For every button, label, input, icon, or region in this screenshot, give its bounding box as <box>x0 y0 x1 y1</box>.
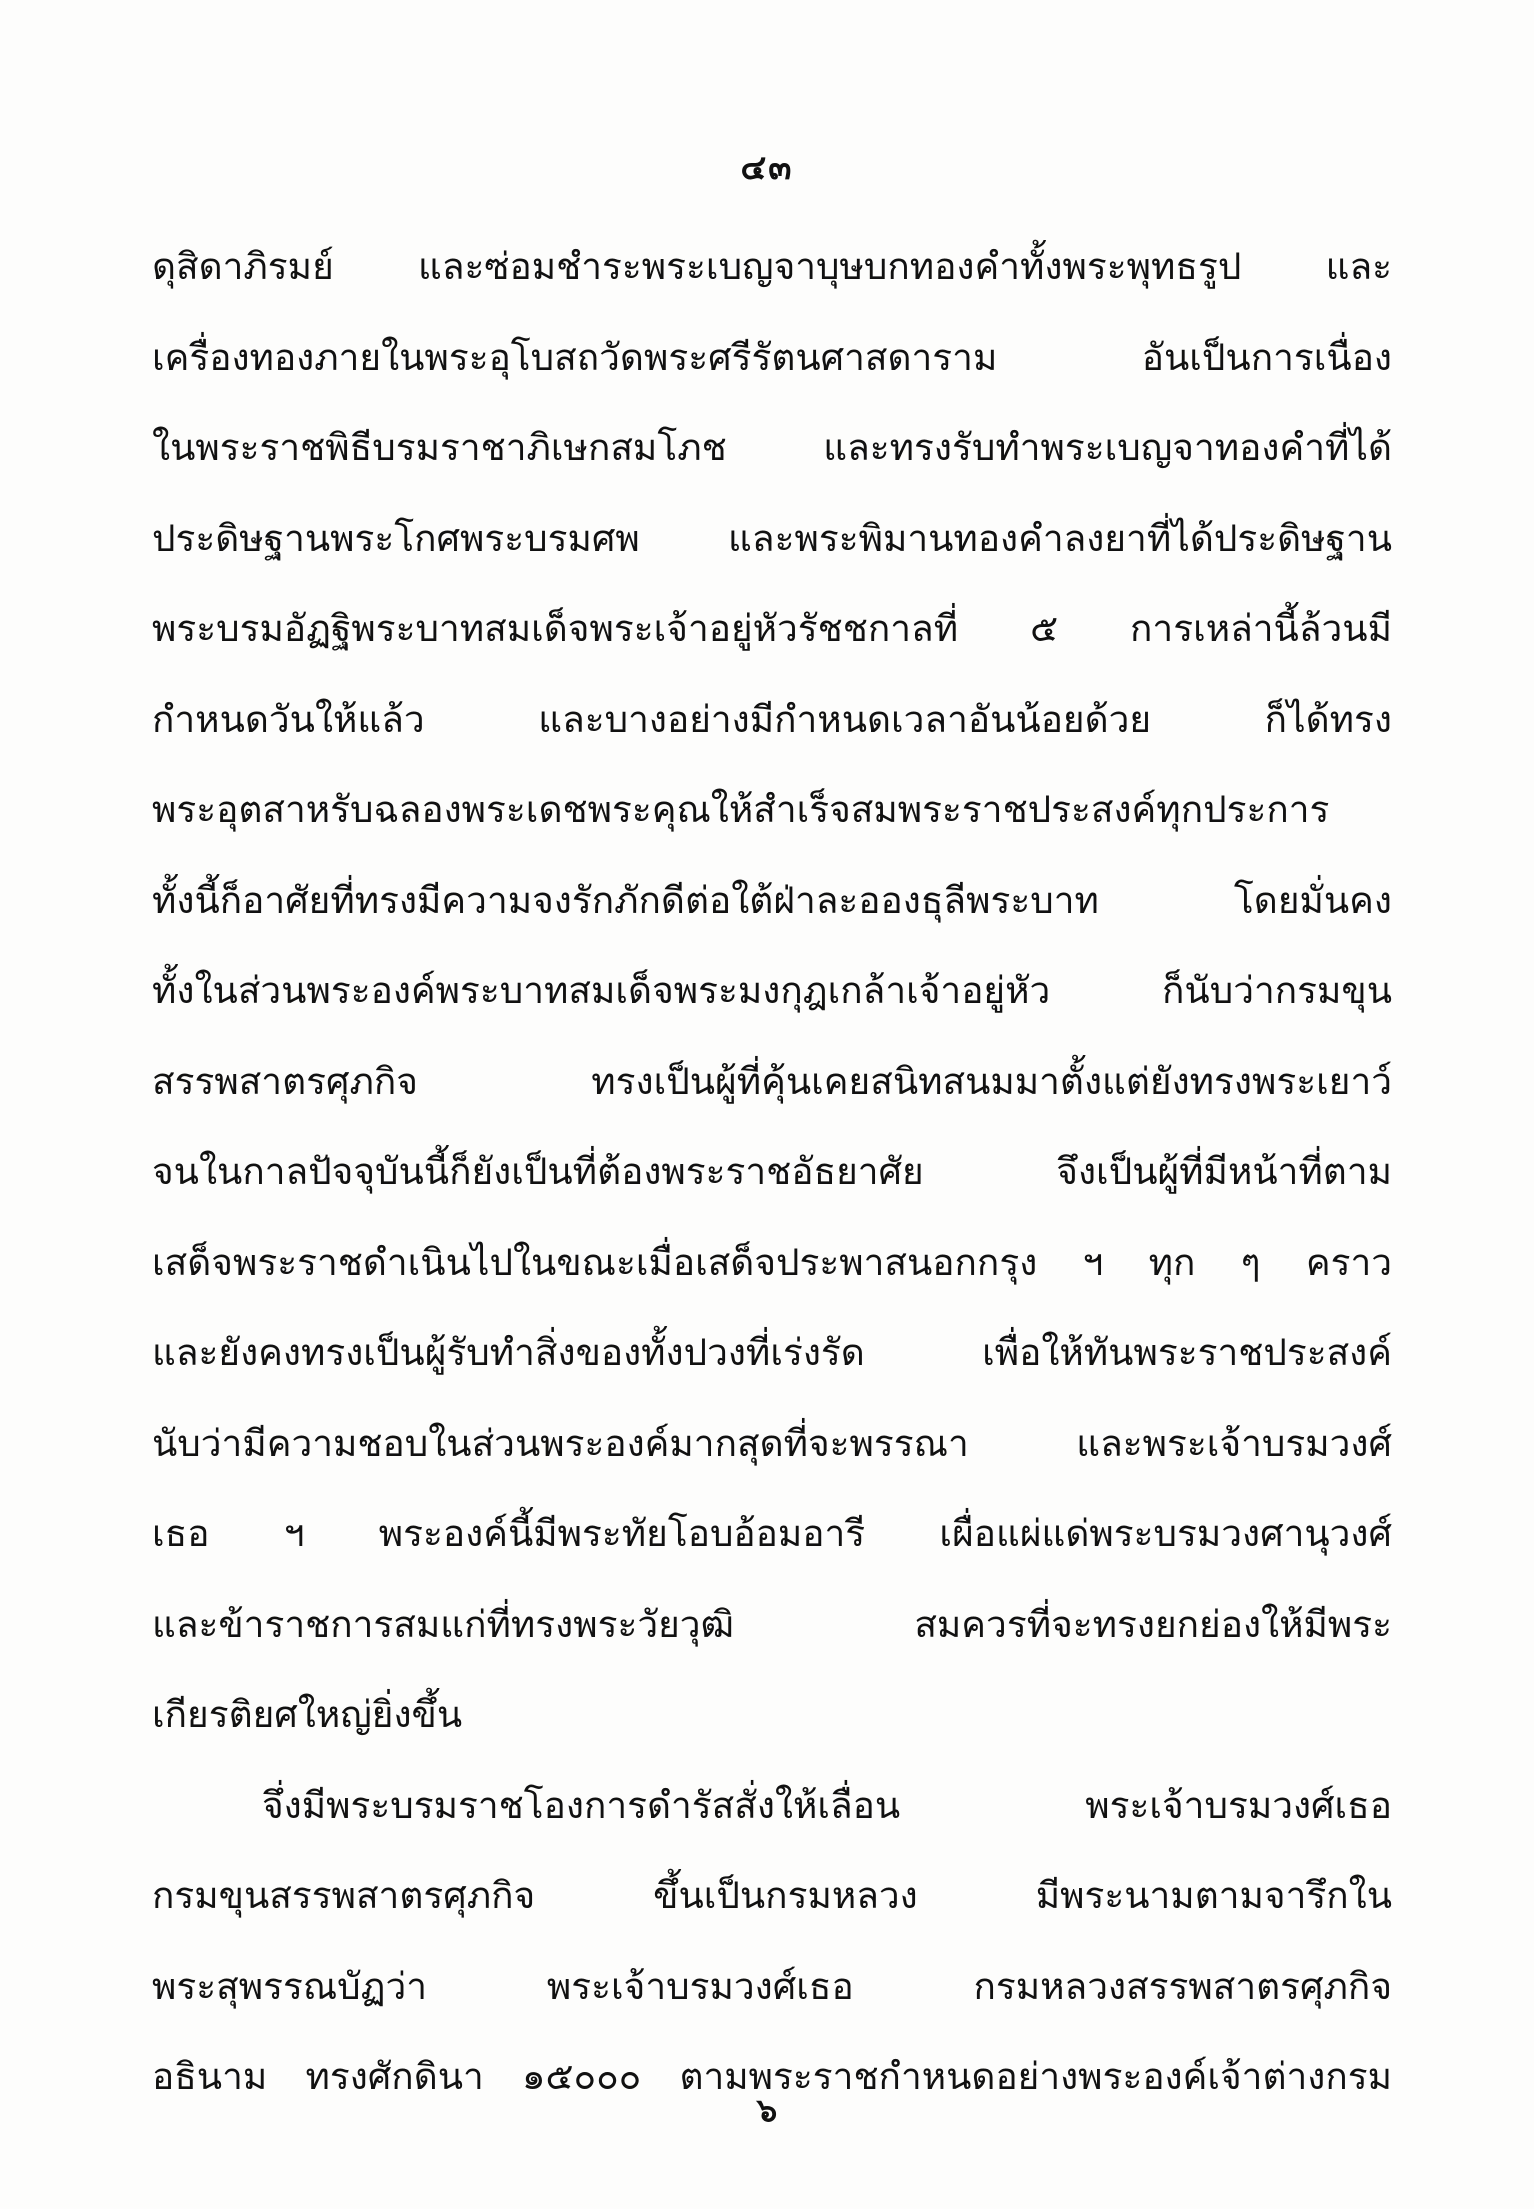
text-line: ในพระราชพิธีบรมราชาภิเษกสมโภช และทรงรับท… <box>152 403 1392 494</box>
text-line: และยังคงทรงเป็นผู้รับทำสิ่งของทั้งปวงที่… <box>152 1308 1392 1399</box>
signature-mark: ๖ <box>0 2085 1534 2136</box>
text-line: ดุสิดาภิรมย์ และซ่อมชำระพระเบญจาบุษบกทอง… <box>152 222 1392 313</box>
text-line: ทั้งนี้ก็อาศัยที่ทรงมีความจงรักภักดีต่อใ… <box>152 856 1392 947</box>
text-line: พระบรมอัฏฐิพระบาทสมเด็จพระเจ้าอยู่หัวรัช… <box>152 584 1392 675</box>
paragraph-start-line: จึ่งมีพระบรมราชโองการดำรัสสั่งให้เลื่อน … <box>152 1761 1392 1852</box>
text-line: เสด็จพระราชดำเนินไปในขณะเมื่อเสด็จประพาส… <box>152 1218 1392 1309</box>
text-line: จนในกาลปัจจุบันนี้ก็ยังเป็นที่ต้องพระราช… <box>152 1127 1392 1218</box>
text-line: เธอ ฯ พระองค์นี้มีพระทัยโอบอ้อมอารี เผื่… <box>152 1489 1392 1580</box>
text-line: นับว่ามีความชอบในส่วนพระองค์มากสุดที่จะพ… <box>152 1399 1392 1490</box>
text-line: กำหนดวันให้แล้ว และบางอย่างมีกำหนดเวลาอั… <box>152 675 1392 766</box>
document-page: ๔๓ ดุสิดาภิรมย์ และซ่อมชำระพระเบญจาบุษบก… <box>0 0 1534 2209</box>
text-line: และข้าราชการสมแก่ที่ทรงพระวัยวุฒิ สมควรท… <box>152 1580 1392 1671</box>
text-line: เครื่องทองภายในพระอุโบสถวัดพระศรีรัตนศาส… <box>152 313 1392 404</box>
page-number: ๔๓ <box>0 140 1534 194</box>
paragraph-end-line: เกียรติยศใหญ่ยิ่งขึ้น <box>152 1670 1392 1761</box>
text-line: พระสุพรรณบัฏว่า พระเจ้าบรมวงศ์เธอ กรมหลว… <box>152 1942 1392 2033</box>
body-text: ดุสิดาภิรมย์ และซ่อมชำระพระเบญจาบุษบกทอง… <box>152 222 1392 2123</box>
text-line: สรรพสาตรศุภกิจ ทรงเป็นผู้ที่คุ้นเคยสนิทส… <box>152 1037 1392 1128</box>
text-line: ประดิษฐานพระโกศพระบรมศพ และพระพิมานทองคำ… <box>152 494 1392 585</box>
text-line: ทั้งในส่วนพระองค์พระบาทสมเด็จพระมงกุฎเกล… <box>152 946 1392 1037</box>
text-line: กรมขุนสรรพสาตรศุภกิจ ขึ้นเป็นกรมหลวง มีพ… <box>152 1851 1392 1942</box>
text-line: พระอุตสาหรับฉลองพระเดชพระคุณให้สำเร็จสมพ… <box>152 765 1392 856</box>
